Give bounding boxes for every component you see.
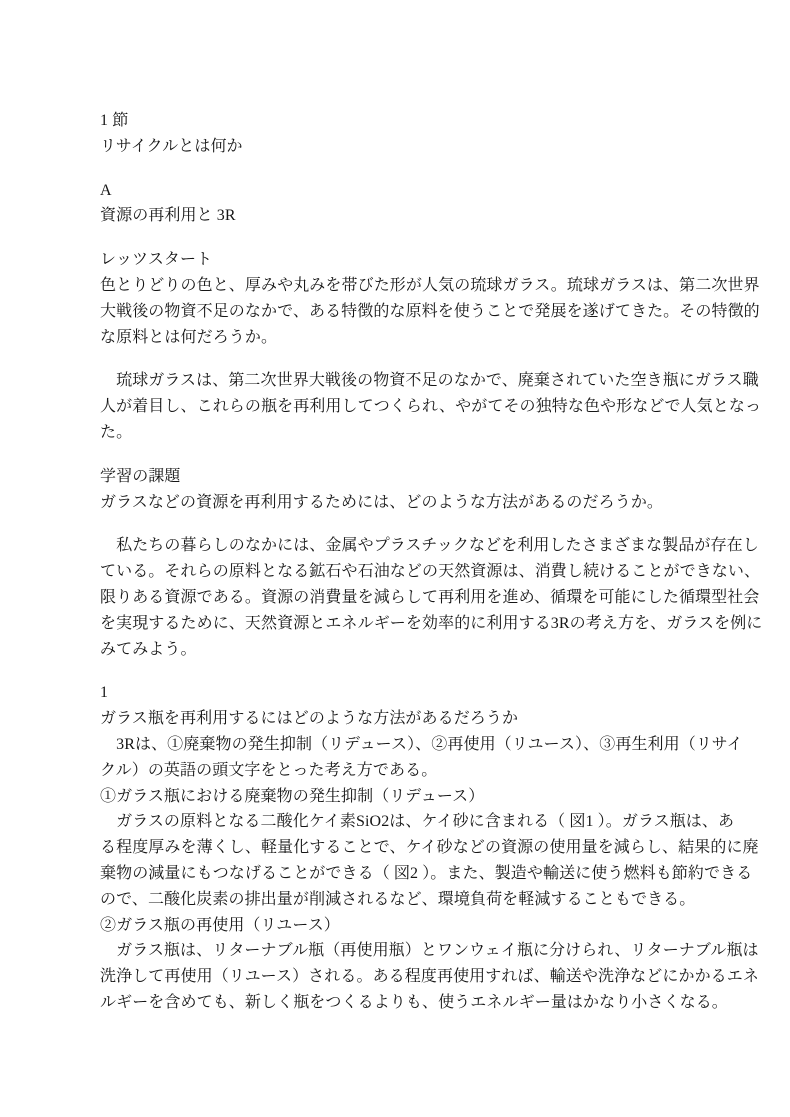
text-line: 1: [100, 680, 692, 706]
section-1-body: 1ガラス瓶を再利用するにはどのような方法があるだろうか 3Rは、①廃棄物の発生抑…: [100, 680, 692, 1015]
text-line: みてみよう。: [100, 637, 692, 663]
section-heading: 1 節リサイクルとは何か: [100, 108, 692, 160]
text-line: ので、二酸化炭素の排出量が削減されるなど、環境負荷を軽減することもできる。: [100, 887, 692, 913]
text-line: 大戦後の物資不足のなかで、ある特徴的な原料を使うことで発展を遂げてきた。その特徴…: [100, 299, 692, 325]
text-line: ている。それらの原料となる鉱石や石油などの天然資源は、消費し続けることができない…: [100, 559, 692, 585]
text-line: ルギーを含めても、新しく瓶をつくるよりも、使うエネルギー量はかなり小さくなる。: [100, 990, 692, 1016]
text-line: ガラス瓶を再利用するにはどのような方法があるだろうか: [100, 706, 692, 732]
text-line: 限りある資源である。資源の消費量を減らして再利用を進め、循環を可能にした循環型社…: [100, 585, 692, 611]
text-line: 琉球ガラスは、第二次世界大戦後の物資不足のなかで、廃棄されていた空き瓶にガラス職: [100, 368, 692, 394]
text-line: を実現するために、天然資源とエネルギーを効率的に利用する3Rの考え方を、ガラスを…: [100, 611, 692, 637]
text-line: 洗浄して再使用（リユース）される。ある程度再使用すれば、輸送や洗浄などにかかるエ…: [100, 964, 692, 990]
text-line: 学習の課題: [100, 464, 692, 490]
document-content: 1 節リサイクルとは何かA資源の再利用と 3Rレッツスタート色とりどりの色と、厚…: [100, 108, 692, 1016]
text-line: ①ガラス瓶における廃棄物の発生抑制（リデュース）: [100, 784, 692, 810]
text-line: クル）の英語の頭文字をとった考え方である。: [100, 758, 692, 784]
lets-start-block: レッツスタート色とりどりの色と、厚みや丸みを帯びた形が人気の琉球ガラス。琉球ガラ…: [100, 247, 692, 350]
text-line: ガラスなどの資源を再利用するためには、どのような方法があるのだろうか。: [100, 490, 692, 516]
text-line: リサイクルとは何か: [100, 134, 692, 160]
text-line: 棄物の減量にもつなげることができる（ 図2 ）。また、製造や輸送に使う燃料も節約…: [100, 861, 692, 887]
text-line: た。: [100, 420, 692, 446]
text-line: る程度厚みを薄くし、軽量化することで、ケイ砂などの資源の使用量を減らし、結果的に…: [100, 835, 692, 861]
text-line: 3Rは、①廃棄物の発生抑制（リデュース）、②再使用（リユース）、③再生利用（リサ…: [100, 732, 692, 758]
subsection-heading: A資源の再利用と 3R: [100, 178, 692, 230]
text-line: ガラスの原料となる二酸化ケイ素SiO2は、ケイ砂に含まれる（ 図1 ）。ガラス瓶…: [100, 809, 692, 835]
text-line: ②ガラス瓶の再使用（リユース）: [100, 913, 692, 939]
paragraph-ryukyu-glass: 琉球ガラスは、第二次世界大戦後の物資不足のなかで、廃棄されていた空き瓶にガラス職…: [100, 368, 692, 445]
text-line: ガラス瓶は、リターナブル瓶（再使用瓶）とワンウェイ瓶に分けられ、リターナブル瓶は: [100, 938, 692, 964]
document-page: 1 節リサイクルとは何かA資源の再利用と 3Rレッツスタート色とりどりの色と、厚…: [0, 0, 790, 1117]
text-line: 色とりどりの色と、厚みや丸みを帯びた形が人気の琉球ガラス。琉球ガラスは、第二次世…: [100, 273, 692, 299]
text-line: 人が着目し、これらの瓶を再利用してつくられ、やがてその独特な色や形などで人気とな…: [100, 394, 692, 420]
learning-task-block: 学習の課題ガラスなどの資源を再利用するためには、どのような方法があるのだろうか。: [100, 464, 692, 516]
text-line: な原料とは何だろうか。: [100, 325, 692, 351]
text-line: 私たちの暮らしのなかには、金属やプラスチックなどを利用したさまざまな製品が存在し: [100, 533, 692, 559]
text-line: A: [100, 178, 692, 204]
text-line: 1 節: [100, 108, 692, 134]
text-line: 資源の再利用と 3R: [100, 203, 692, 229]
text-line: レッツスタート: [100, 247, 692, 273]
paragraph-resources: 私たちの暮らしのなかには、金属やプラスチックなどを利用したさまざまな製品が存在し…: [100, 533, 692, 662]
